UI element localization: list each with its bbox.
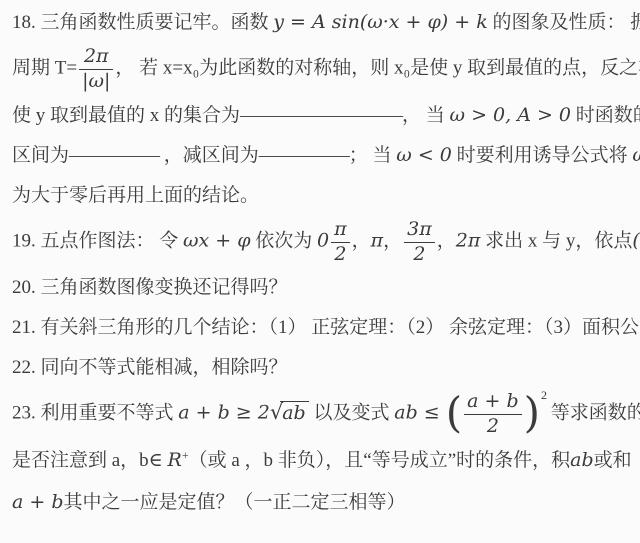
fraction-numerator: π [331,219,350,242]
fraction-period: 2π|ω| [79,46,113,93]
formula-omega-lt-0: ω < 0 [396,144,452,166]
formula-omega-gt-0: ω > 0, A > 0 [450,104,571,126]
text-run: 依次为 [251,230,318,251]
text-run: 是否注意到 a，b∈ [12,450,168,471]
superscript-plus: + [182,439,189,472]
value-pi: π [371,229,384,251]
text-run: 以及变式 [309,403,395,424]
fraction-denominator: 2 [331,242,350,266]
text-run: 使 y 取到最值的 x 的集合为 [12,105,240,126]
text-run: ， [383,230,402,251]
text-run: ， 若 x=x₀为此函数的对称轴，则 x₀是使 y 取到最值的点，反之亦然， [115,58,640,79]
blank-line-dash: ————— [259,145,349,166]
item-22-line: 22. 同向不等式能相减，相除吗？ [12,351,630,384]
text-run: 的图象及性质： 振幅 [488,12,640,33]
formula-ab-leq: ab ≤ [394,402,446,424]
fraction-a-plus-b-over-2: a + b2 [464,391,522,438]
text-run: 或和 [594,450,632,471]
text-run: 其中之一应是定值？（一正二定三相等） [64,492,406,513]
item-23-line-2: 是否注意到 a，b∈ R+（或 a ，b 非负），且“等号成立”时的条件，积ab… [12,444,630,479]
text-run: 区间为 [12,145,69,166]
exponent-2: 2 [541,379,547,412]
fraction-numerator: 2π [79,46,113,69]
formula-point-xy: (x, y) [632,229,640,251]
fraction-numerator: 3π [404,219,435,242]
notes-page: 18. 三角函数性质要记牢。函数 y = A sin(ω·x + φ) + k … [0,0,640,530]
fraction-denominator: |ω| [79,69,113,93]
text-run: ， 当 [402,105,450,126]
item-18-line-5: 为大于零后再用上面的结论。 [12,179,630,212]
fraction-denominator: 2 [404,242,435,266]
squared-fraction-group: (a + b2)2 [446,391,546,438]
text-run: 时函数的增 [571,105,640,126]
text-run: ； 当 [349,145,397,166]
text-run: ， [437,230,456,251]
text-run: （或 a ，b 非负），且“等号成立”时的条件，积 [189,450,571,471]
item-21-line: 21. 有关斜三角形的几个结论：（1） 正弦定理：（2） 余弦定理：（3）面积公… [12,311,630,344]
text-run: ， [352,230,371,251]
formula-y-asin: y = A sin(ω·x + φ) + k [273,11,487,33]
text-run: 22. 同向不等式能相减，相除吗？ [12,357,288,378]
text-run: ，减区间为 [159,145,259,166]
item-18-line-1: 18. 三角函数性质要记牢。函数 y = A sin(ω·x + φ) + k … [12,6,630,39]
blank-line-dash: ————————— [240,105,402,126]
text-run: 23. 利用重要不等式 [12,403,178,424]
fraction-numerator: a + b [464,391,522,414]
blank-line-dash: ————— [69,145,159,166]
item-23-line-3: a + b其中之一应是定值？（一正二定三相等） [12,486,630,519]
fraction-denominator: 2 [464,414,522,438]
item-18-line-2: 周期 T=2π|ω|， 若 x=x₀为此函数的对称轴，则 x₀是使 y 取到最值… [12,46,630,93]
text-run: 21. 有关斜三角形的几个结论：（1） 正弦定理：（2） 余弦定理：（3）面积公… [12,317,640,338]
text-run: 周期 T= [12,58,77,79]
text-run: 等求函数的最值时，你 [546,403,640,424]
text-run: 时要利用诱导公式将 [452,145,633,166]
fraction-pi-over-2: π2 [331,219,350,266]
text-run: 18. 三角函数性质要记牢。函数 [12,12,273,33]
formula-a-plus-b-geq-2: a + b ≥ 2 [178,402,270,424]
radicand-ab: ab [280,401,309,424]
value-zero: 0 [317,229,329,251]
formula-ab: ab [570,449,594,471]
item-18-line-3: 使 y 取到最值的 x 的集合为—————————， 当 ω > 0, A > … [12,99,630,132]
fraction-3pi-over-2: 3π2 [404,219,435,266]
text-run: 20. 三角函数图像变换还记得吗？ [12,277,288,298]
item-23-line-1: 23. 利用重要不等式 a + b ≥ 2√ab 以及变式 ab ≤ (a + … [12,391,630,438]
text-run: 为大于零后再用上面的结论。 [12,185,259,206]
formula-omega: ω [632,144,640,166]
value-2pi: 2π [456,229,481,251]
sqrt-radical: √ab [270,396,309,430]
text-run: 19. 五点作图法： 令 [12,230,183,251]
text-run: 求出 x 与 y，依点 [480,230,632,251]
item-18-line-4: 区间为————— ，减区间为—————； 当 ω < 0 时要利用诱导公式将 ω… [12,139,630,172]
item-19-line: 19. 五点作图法： 令 ωx + φ 依次为 0π2，π，3π2，2π 求出 … [12,219,630,266]
formula-a-plus-b: a + b [12,491,64,513]
item-20-line: 20. 三角函数图像变换还记得吗？ [12,271,630,304]
symbol-R: R [168,449,182,471]
formula-omega-x-phi: ωx + φ [183,229,251,251]
